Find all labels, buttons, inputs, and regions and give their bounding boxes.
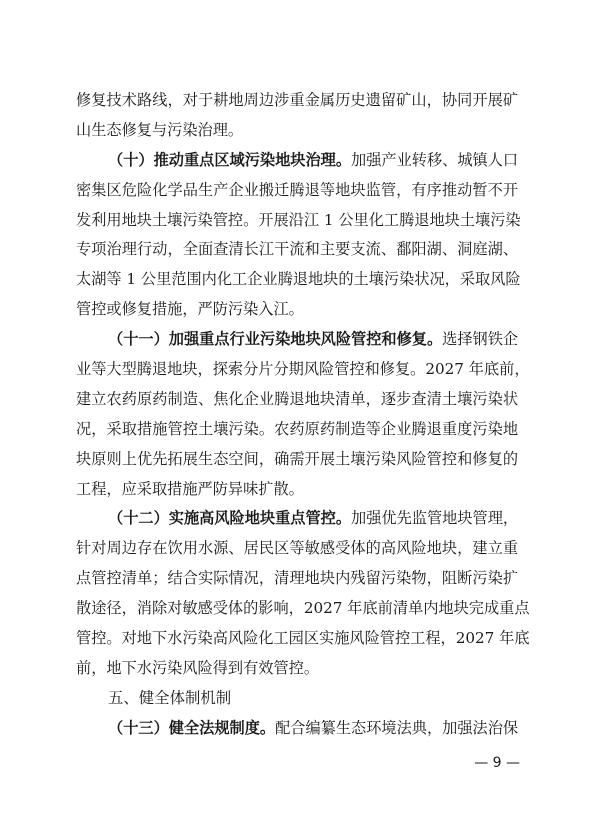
paragraph-line: 管控或修复措施，严防污染入江。 <box>76 295 518 325</box>
subsection-11-heading-line: （十一）加强重点行业污染地块风险管控和修复。选择钢铁企 <box>76 325 518 355</box>
subsection-title: （十）推动重点区域污染地块治理。 <box>108 151 351 169</box>
paragraph-line: 密集区危险化学品生产企业搬迁腾退等地块监管，有序推动暂不开 <box>76 176 518 206</box>
paragraph-line: 管控。对地下水污染高风险化工园区实施风险管控工程，2027 年底 <box>76 624 518 654</box>
paragraph-line: 发利用地块土壤污染管控。开展沿江 1 公里化工腾退地块土壤污染 <box>76 206 518 236</box>
paragraph-line: 散途径，消除对敏感受体的影响，2027 年底前清单内地块完成重点 <box>76 594 518 624</box>
section-5-heading: 五、健全体制机制 <box>76 684 518 714</box>
subsection-title: （十三）健全法规制度。 <box>108 719 275 737</box>
subsection-title: （十二）实施高风险地块重点管控。 <box>108 509 351 527</box>
paragraph-line: 太湖等 1 公里范围内化工企业腾退地块的土壤污染状况，采取风险 <box>76 265 518 295</box>
paragraph-line: 块原则上优先拓展生态空间，确需开展土壤污染风险管控和修复的 <box>76 445 518 475</box>
paragraph-line: 工程，应采取措施严防异味扩散。 <box>76 475 518 505</box>
paragraph-line: 针对周边存在饮用水源、居民区等敏感受体的高风险地块，建立重 <box>76 534 518 564</box>
subsection-title: （十一）加强重点行业污染地块风险管控和修复。 <box>108 330 442 348</box>
paragraph-line: 专项治理行动，全面查清长江干流和主要支流、鄱阳湖、洞庭湖、 <box>76 235 518 265</box>
paragraph-line: 修复技术路线，对于耕地周边涉重金属历史遗留矿山，协同开展矿 <box>76 86 518 116</box>
paragraph-line: 况，采取措施管控土壤污染。农药原药制造等企业腾退重度污染地 <box>76 415 518 445</box>
subsection-13-heading-line: （十三）健全法规制度。配合编纂生态环境法典，加强法治保 <box>76 714 518 744</box>
document-body: 修复技术路线，对于耕地周边涉重金属历史遗留矿山，协同开展矿 山生态修复与污染治理… <box>76 86 518 744</box>
paragraph-line: 山生态修复与污染治理。 <box>76 116 518 146</box>
subsection-12-heading-line: （十二）实施高风险地块重点管控。加强优先监管地块管理， <box>76 504 518 534</box>
subsection-10-heading-line: （十）推动重点区域污染地块治理。加强产业转移、城镇人口 <box>76 146 518 176</box>
paragraph-line: 业等大型腾退地块，探索分片分期风险管控和修复。2027 年底前， <box>76 355 518 385</box>
paragraph-line: 前，地下水污染风险得到有效管控。 <box>76 654 518 684</box>
paragraph-line: 点管控清单；结合实际情况，清理地块内残留污染物，阻断污染扩 <box>76 564 518 594</box>
document-page: 修复技术路线，对于耕地周边涉重金属历史遗留矿山，协同开展矿 山生态修复与污染治理… <box>0 0 592 836</box>
paragraph-line: 建立农药原药制造、焦化企业腾退地块清单，逐步查清土壤污染状 <box>76 385 518 415</box>
page-number: — 9 — <box>450 753 520 773</box>
